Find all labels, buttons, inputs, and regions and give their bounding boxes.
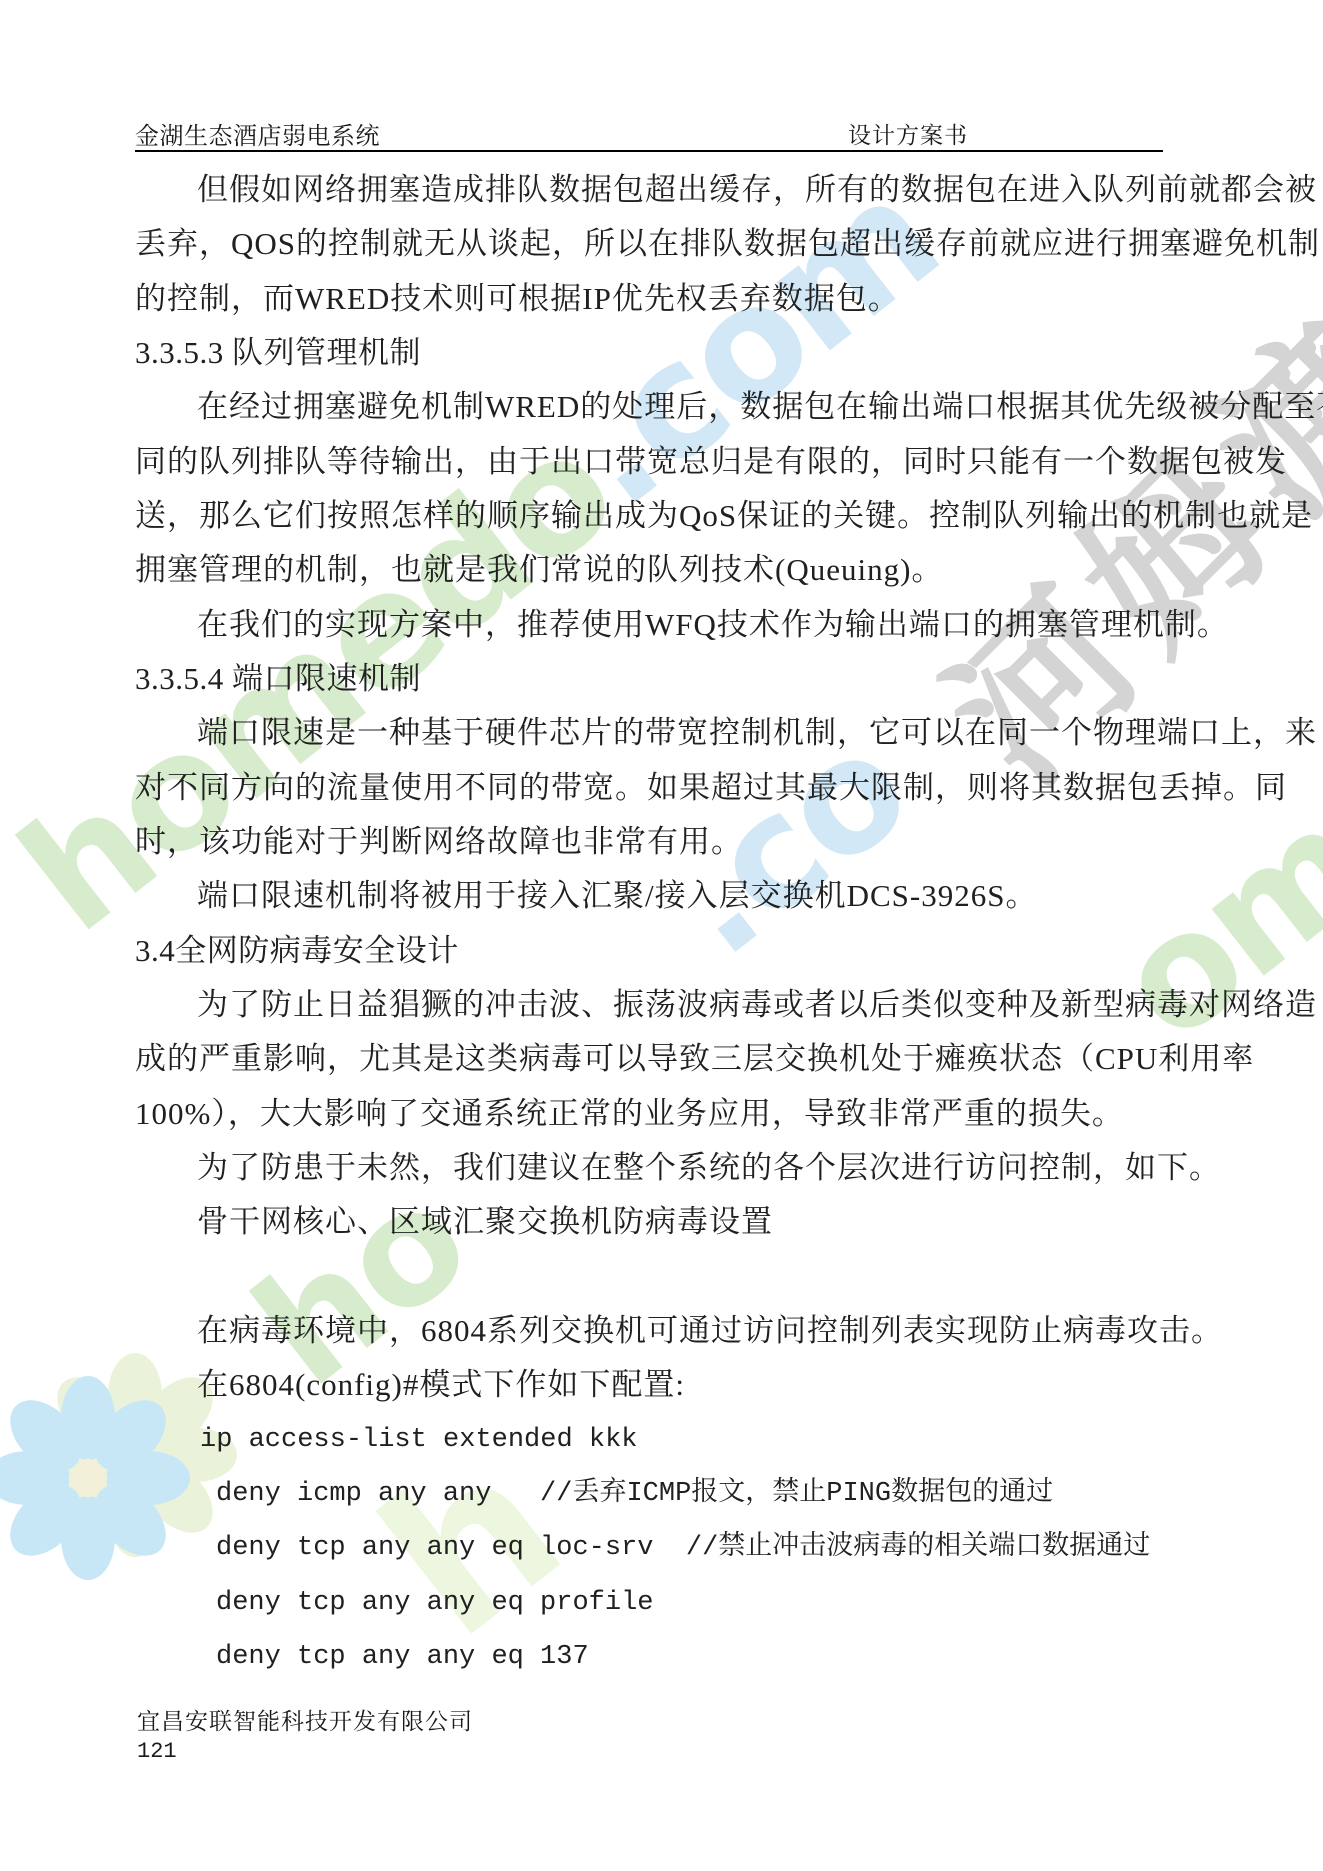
text-line: 100%），大大影响了交通系统正常的业务应用，导致非常严重的损失。 bbox=[0, 1087, 1323, 1141]
code-line: deny tcp any any eq 137 bbox=[0, 1630, 1323, 1684]
text-line: 送，那么它们按照怎样的顺序输出成为QoS保证的关键。控制队列输出的机制也就是 bbox=[0, 489, 1323, 543]
text-line: 丢弃，QOS的控制就无从谈起，所以在排队数据包超出缓存前就应进行拥塞避免机制 bbox=[0, 217, 1323, 271]
text-line: 对不同方向的流量使用不同的带宽。如果超过其最大限制，则将其数据包丢掉。同 bbox=[0, 761, 1323, 815]
code-line: ip access-list extended kkk bbox=[0, 1413, 1323, 1467]
code-line: deny icmp any any //丢弃ICMP报文，禁止PING数据包的通… bbox=[0, 1467, 1323, 1521]
section-heading: 3.3.5.4 端口限速机制 bbox=[0, 652, 1323, 706]
footer-page-number: 121 bbox=[137, 1739, 177, 1764]
section-heading: 3.3.5.3 队列管理机制 bbox=[0, 326, 1323, 380]
text-line: 在病毒环境中，6804系列交换机可通过访问控制列表实现防止病毒攻击。 bbox=[0, 1304, 1323, 1358]
code-line: deny tcp any any eq loc-srv //禁止冲击波病毒的相关… bbox=[0, 1521, 1323, 1575]
text-line: 端口限速机制将被用于接入汇聚/接入层交换机DCS-3926S。 bbox=[0, 869, 1323, 923]
footer-company: 宜昌安联智能科技开发有限公司 bbox=[137, 1703, 473, 1736]
text-line: 骨干网核心、区域汇聚交换机防病毒设置 bbox=[0, 1195, 1323, 1249]
text-lines: 但假如网络拥塞造成排队数据包超出缓存，所有的数据包在进入队列前就都会被丢弃，QO… bbox=[0, 163, 1323, 1684]
code-line: deny tcp any any eq profile bbox=[0, 1576, 1323, 1630]
text-line: 为了防止日益猖獗的冲击波、振荡波病毒或者以后类似变种及新型病毒对网络造 bbox=[0, 978, 1323, 1032]
header-rule bbox=[135, 150, 1163, 152]
text-line: 的控制，而WRED技术则可根据IP优先权丢弃数据包。 bbox=[0, 272, 1323, 326]
text-line: 成的严重影响，尤其是这类病毒可以导致三层交换机处于瘫痪状态（CPU利用率 bbox=[0, 1032, 1323, 1086]
text-line: 同的队列排队等待输出，由于出口带宽总归是有限的，同时只能有一个数据包被发 bbox=[0, 435, 1323, 489]
text-line: 端口限速是一种基于硬件芯片的带宽控制机制，它可以在同一个物理端口上，来 bbox=[0, 706, 1323, 760]
section-heading: 3.4全网防病毒安全设计 bbox=[0, 924, 1323, 978]
header-right-title: 设计方案书 bbox=[848, 117, 968, 150]
text-line: 时，该功能对于判断网络故障也非常有用。 bbox=[0, 815, 1323, 869]
blank-line bbox=[0, 1250, 1323, 1304]
text-line: 为了防患于未然，我们建议在整个系统的各个层次进行访问控制，如下。 bbox=[0, 1141, 1323, 1195]
text-line: 拥塞管理的机制，也就是我们常说的队列技术(Queuing)。 bbox=[0, 543, 1323, 597]
text-line: 在经过拥塞避免机制WRED的处理后，数据包在输出端口根据其优先级被分配至不 bbox=[0, 380, 1323, 434]
header-left-title: 金湖生态酒店弱电系统 bbox=[135, 116, 380, 151]
text-line: 在6804(config)#模式下作如下配置: bbox=[0, 1358, 1323, 1412]
page-content: 金湖生态酒店弱电系统 设计方案书 但假如网络拥塞造成排队数据包超出缓存，所有的数… bbox=[0, 0, 1323, 1871]
document-page: homedo.com .co om ho h 河姆渡 金湖生态酒店弱电系统 设计… bbox=[0, 0, 1323, 1871]
text-line: 在我们的实现方案中，推荐使用WFQ技术作为输出端口的拥塞管理机制。 bbox=[0, 598, 1323, 652]
text-line: 但假如网络拥塞造成排队数据包超出缓存，所有的数据包在进入队列前就都会被 bbox=[0, 163, 1323, 217]
